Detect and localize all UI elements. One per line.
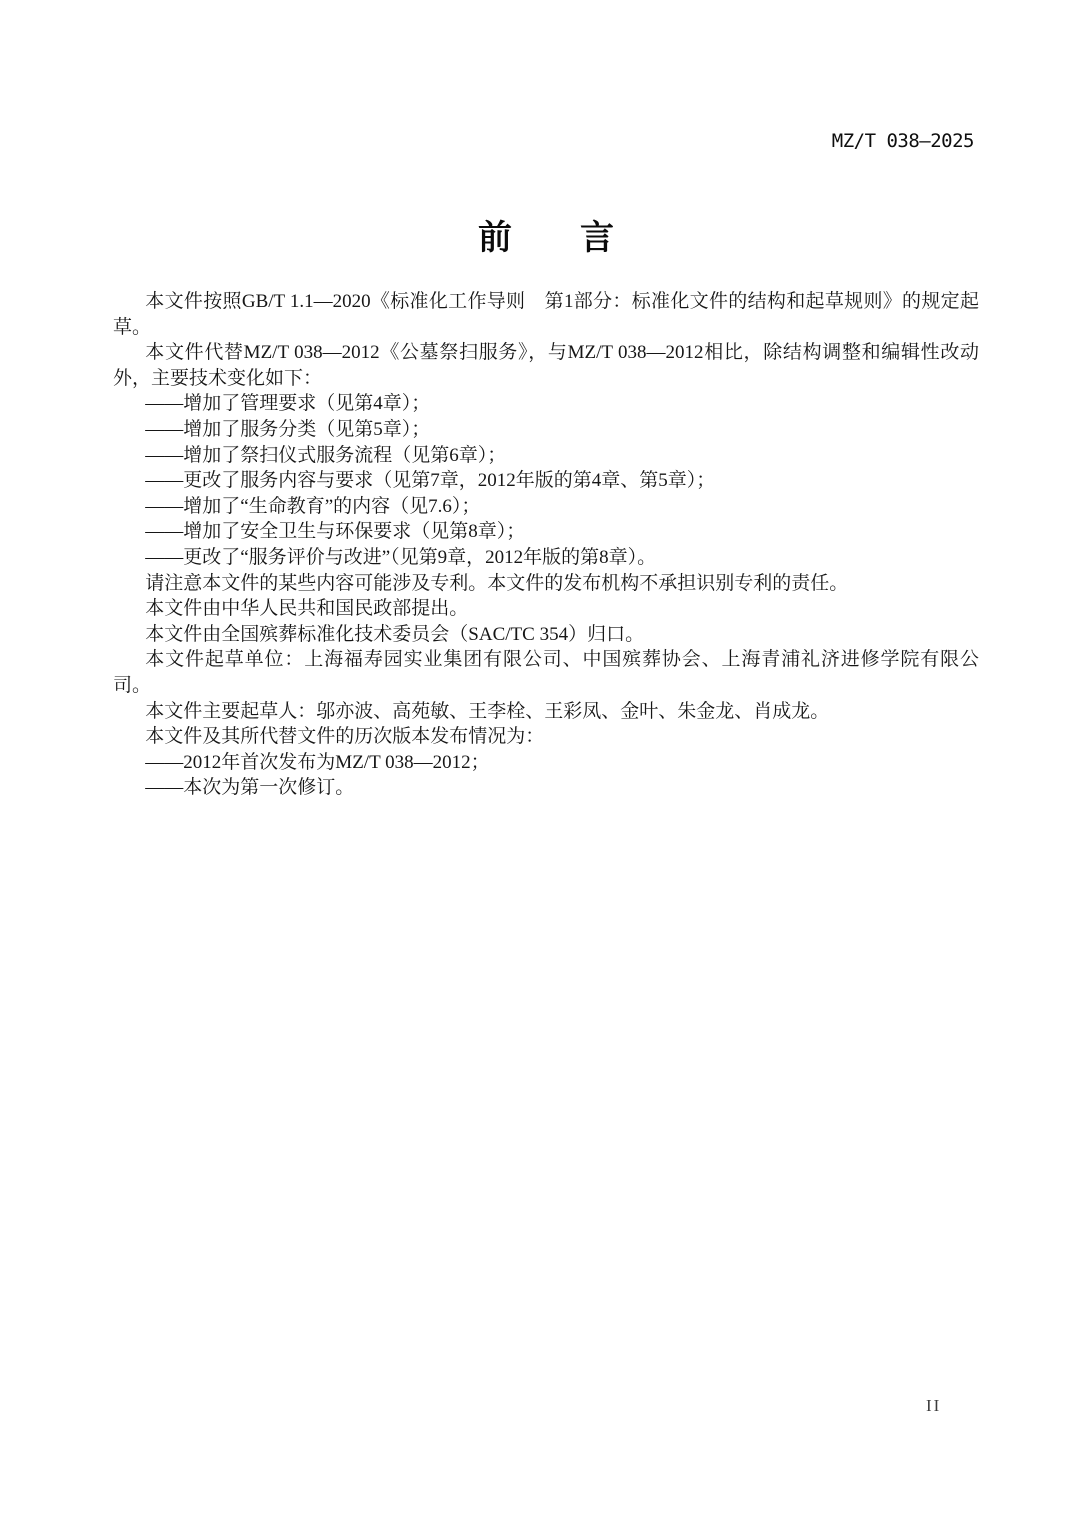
change-item: ——更改了“服务评价与改进”（见第9章，2012年版的第8章）。 (113, 545, 979, 571)
paragraph-drafting-organizations: 本文件起草单位：上海福寿园实业集团有限公司、中国殡葬协会、上海青浦礼济进修学院有… (113, 647, 979, 698)
document-page: MZ/T 038—2025 前 言 本文件按照GB/T 1.1—2020《标准化… (0, 0, 1074, 1520)
version-history-item: ——本次为第一次修订。 (113, 775, 979, 801)
change-item: ——更改了服务内容与要求（见第7章，2012年版的第4章、第5章）； (113, 468, 979, 494)
page-number: II (926, 1396, 941, 1416)
paragraph-centralized-by: 本文件由全国殡葬标准化技术委员会（SAC/TC 354）归口。 (113, 622, 979, 648)
change-item: ——增加了管理要求（见第4章）； (113, 391, 979, 417)
page-title: 前 言 (113, 217, 979, 259)
change-item: ——增加了“生命教育”的内容（见7.6）； (113, 494, 979, 520)
standard-number-header: MZ/T 038—2025 (832, 130, 974, 152)
paragraph-drafting-rules: 本文件按照GB/T 1.1—2020《标准化工作导则 第1部分：标准化文件的结构… (113, 289, 979, 340)
paragraph-version-history-intro: 本文件及其所代替文件的历次版本发布情况为： (113, 724, 979, 750)
foreword-body: 本文件按照GB/T 1.1—2020《标准化工作导则 第1部分：标准化文件的结构… (113, 289, 979, 801)
paragraph-patent-notice: 请注意本文件的某些内容可能涉及专利。本文件的发布机构不承担识别专利的责任。 (113, 571, 979, 597)
paragraph-replacement: 本文件代替MZ/T 038—2012《公墓祭扫服务》，与MZ/T 038—201… (113, 340, 979, 391)
version-history-item: ——2012年首次发布为MZ/T 038—2012； (113, 750, 979, 776)
paragraph-main-drafters: 本文件主要起草人：邬亦波、高苑敏、王李栓、王彩凤、金叶、朱金龙、肖成龙。 (113, 699, 979, 725)
change-item: ——增加了安全卫生与环保要求（见第8章）； (113, 519, 979, 545)
change-item: ——增加了服务分类（见第5章）； (113, 417, 979, 443)
change-item: ——增加了祭扫仪式服务流程（见第6章）； (113, 443, 979, 469)
paragraph-proposed-by: 本文件由中华人民共和国民政部提出。 (113, 596, 979, 622)
